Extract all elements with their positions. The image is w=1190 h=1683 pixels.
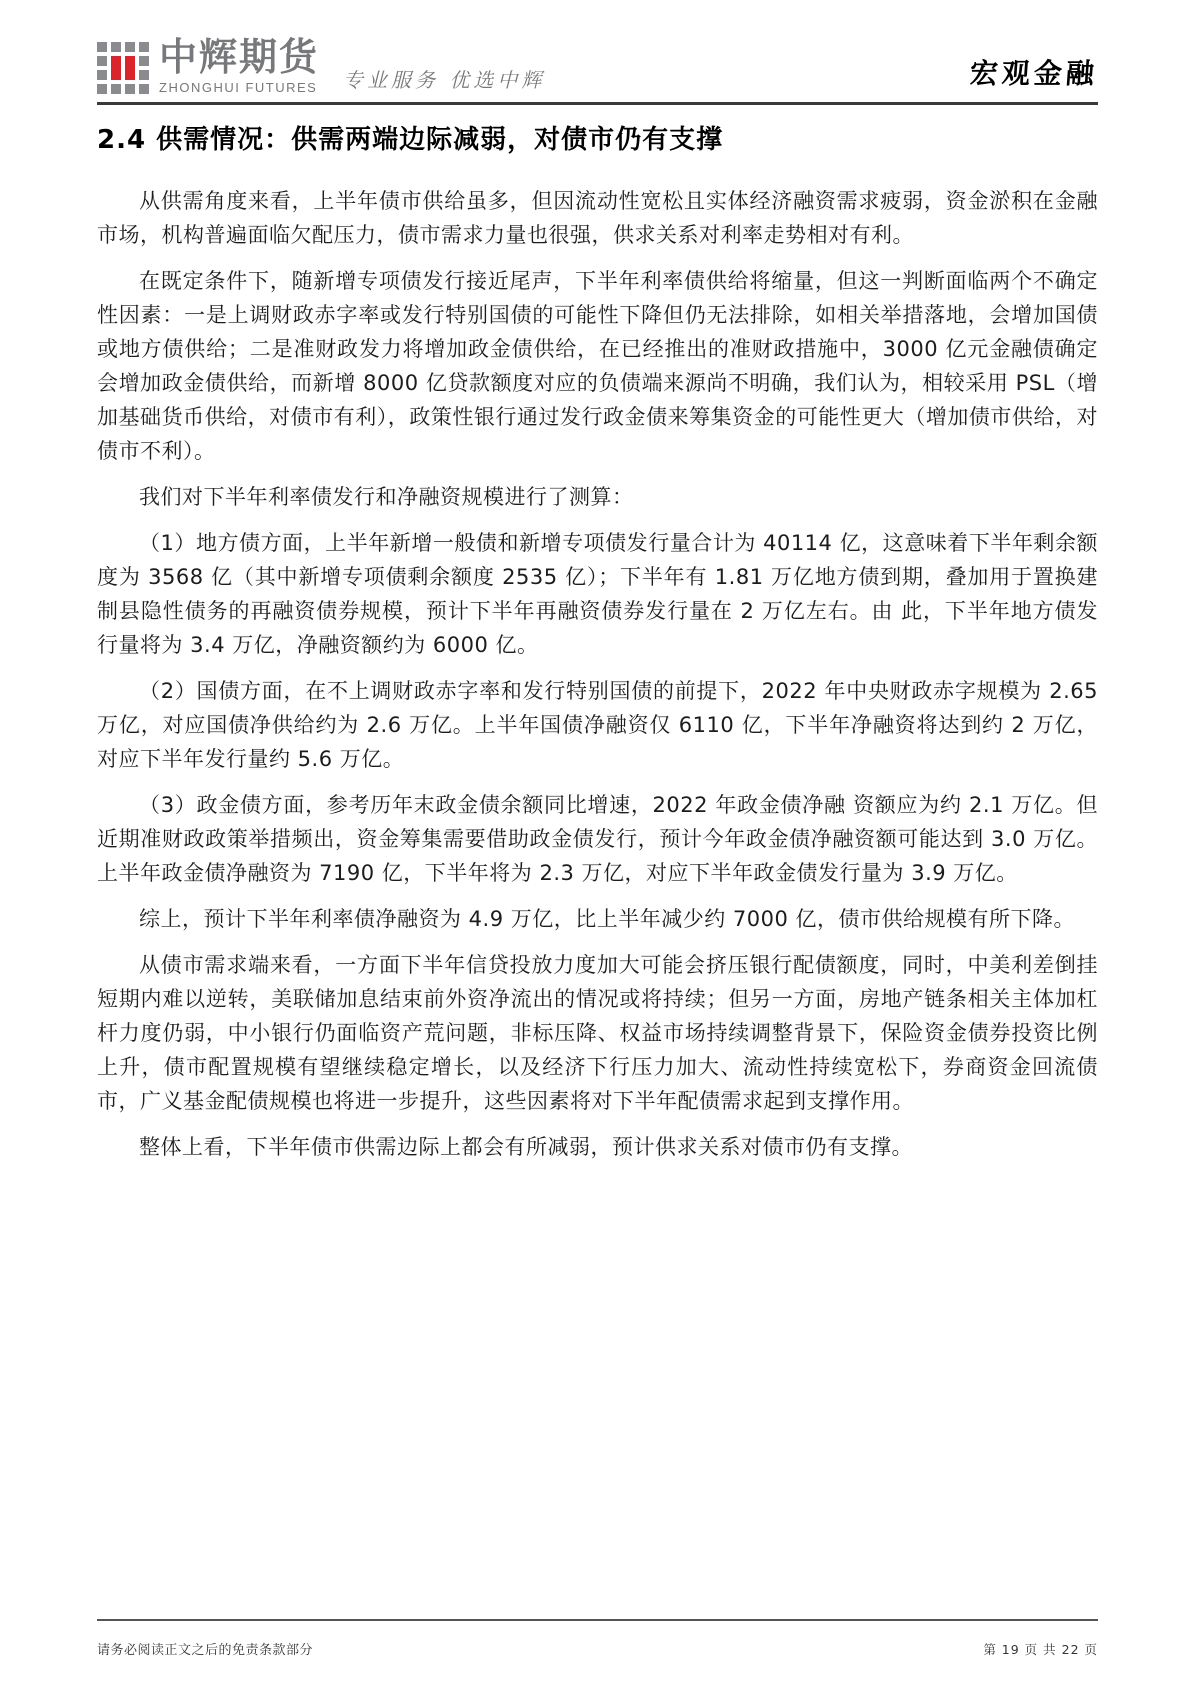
- paragraph-policy-bank-bonds: （3）政金债方面，参考历年末政金债余额同比增速，2022 年政金债净融 资额应为…: [97, 788, 1098, 890]
- company-logo-icon: [97, 42, 149, 94]
- footer-disclaimer: 请务必阅读正文之后的免责条款部分: [97, 1639, 313, 1658]
- company-name-en: ZHONGHUI FUTURES: [159, 81, 319, 94]
- brand-text: 中辉期货 ZHONGHUI FUTURES: [159, 38, 319, 94]
- paragraph-treasury-bonds: （2）国债方面，在不上调财政赤字率和发行特别国债的前提下，2022 年中央财政赤…: [97, 674, 1098, 776]
- brand-tagline: 专业服务 优选中辉: [343, 64, 545, 93]
- report-category: 宏观金融: [969, 52, 1100, 92]
- paragraph-uncertainty-factors: 在既定条件下，随新增专项债发行接近尾声，下半年利率债供给将缩量，但这一判断面临两…: [97, 264, 1098, 468]
- page-header: 中辉期货 ZHONGHUI FUTURES 专业服务 优选中辉 宏观金融: [97, 0, 1098, 105]
- body-text: 从供需角度来看，上半年债市供给虽多，但因流动性宽松且实体经济融资需求疲弱，资金淤…: [97, 184, 1098, 1164]
- company-name-cn: 中辉期货: [159, 38, 319, 76]
- paragraph-overall-conclusion: 整体上看，下半年债市供需边际上都会有所减弱，预计供求关系对债市仍有支撑。: [97, 1130, 1098, 1164]
- section-title: 2.4 供需情况：供需两端边际减弱，对债市仍有支撑: [97, 119, 1098, 156]
- page-content: 中辉期货 ZHONGHUI FUTURES 专业服务 优选中辉 宏观金融 2.4…: [97, 0, 1098, 1176]
- paragraph-estimate-intro: 我们对下半年利率债发行和净融资规模进行了测算：: [97, 480, 1098, 514]
- report-page: 中辉期货 ZHONGHUI FUTURES 专业服务 优选中辉 宏观金融 2.4…: [0, 0, 1190, 1683]
- paragraph-local-gov-bonds: （1）地方债方面，上半年新增一般债和新增专项债发行量合计为 40114 亿，这意…: [97, 526, 1098, 662]
- paragraph-supply-summary: 综上，预计下半年利率债净融资为 4.9 万亿，比上半年减少约 7000 亿，债市…: [97, 902, 1098, 936]
- paragraph-supply-demand-overview: 从供需角度来看，上半年债市供给虽多，但因流动性宽松且实体经济融资需求疲弱，资金淤…: [97, 184, 1098, 252]
- footer-page-number: 第 19 页 共 22 页: [983, 1640, 1098, 1658]
- paragraph-demand-side: 从债市需求端来看，一方面下半年信贷投放力度加大可能会挤压银行配债额度，同时，中美…: [97, 948, 1098, 1118]
- brand: 中辉期货 ZHONGHUI FUTURES 专业服务 优选中辉: [97, 38, 545, 94]
- page-footer: 请务必阅读正文之后的免责条款部分 第 19 页 共 22 页: [97, 1619, 1098, 1658]
